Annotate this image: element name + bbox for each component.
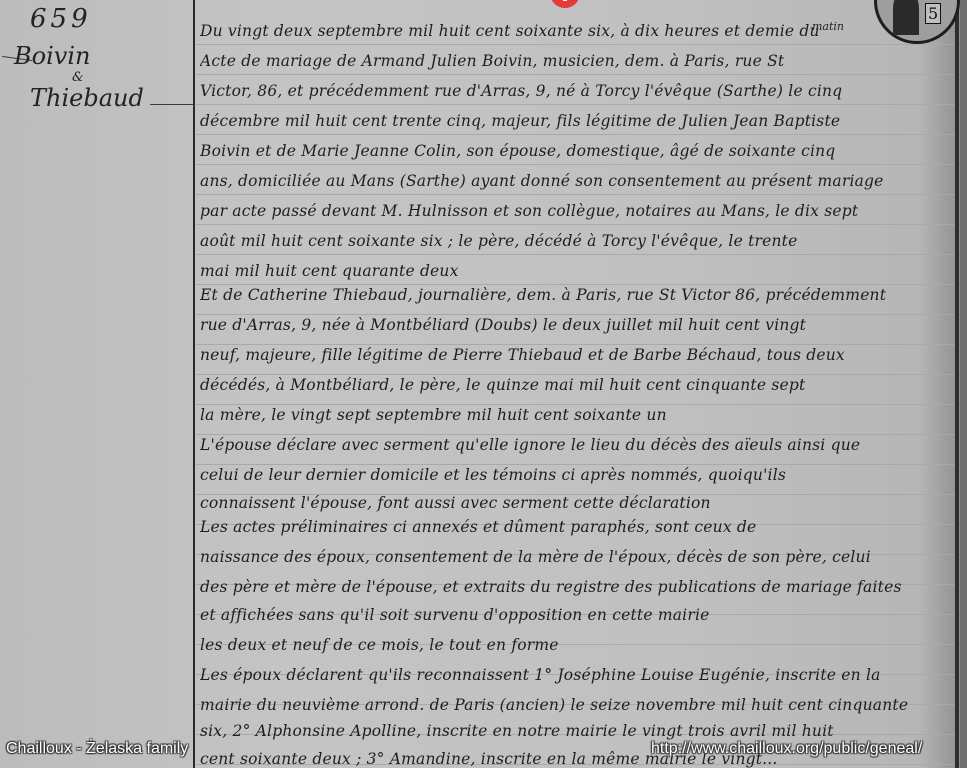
- text-line: Du vingt deux septembre mil huit cent so…: [200, 22, 820, 40]
- text-line: six, 2° Alphonsine Apolline, inscrite en…: [200, 722, 834, 740]
- text-line: août mil huit cent soixante six ; le pèr…: [200, 232, 797, 250]
- margin-rule: [193, 0, 195, 768]
- ruled-line: [196, 74, 954, 75]
- ruled-line: [196, 164, 954, 165]
- ruled-line: [196, 134, 954, 135]
- ruled-line: [196, 404, 954, 405]
- ruled-line: [196, 434, 954, 435]
- text-line: Les époux déclarent qu'ils reconnaissent…: [200, 666, 881, 684]
- stamp-figure-icon: [893, 0, 919, 35]
- ruled-line: [196, 344, 954, 345]
- ruled-line: [196, 194, 954, 195]
- bride-surname: Thiebaud: [30, 84, 144, 112]
- page-edge: [955, 0, 959, 768]
- text-line: Les actes préliminaires ci annexés et dû…: [200, 518, 756, 536]
- ruled-line: [196, 44, 954, 45]
- text-line: celui de leur dernier domicile et les té…: [200, 466, 786, 484]
- ruled-line: [196, 254, 954, 255]
- url-watermark: http://www.chailloux.org/public/geneal/: [651, 740, 922, 758]
- ruled-line: [196, 224, 954, 225]
- text-line: naissance des époux, consentement de la …: [200, 548, 871, 566]
- text-line: Victor, 86, et précédemment rue d'Arras,…: [200, 82, 842, 100]
- family-watermark: Chailloux - Żelaska family: [6, 740, 188, 758]
- text-line: connaissent l'épouse, font aussi avec se…: [200, 494, 711, 512]
- scanned-register-page: 659 Boivin & Thiebaud 5 matin Du vingt d…: [0, 0, 967, 768]
- text-line: des père et mère de l'épouse, et extrait…: [200, 578, 902, 596]
- margin-annotation: 659 Boivin & Thiebaud: [0, 0, 190, 130]
- text-line: les deux et neuf de ce mois, le tout en …: [200, 636, 559, 654]
- text-line: par acte passé devant M. Hulnisson et so…: [200, 202, 858, 220]
- conjunction: &: [72, 70, 84, 85]
- exclamation-icon: [563, 0, 567, 1]
- ruled-line: [196, 314, 954, 315]
- text-line: L'épouse déclare avec serment qu'elle ig…: [200, 436, 860, 454]
- page-binding-shadow: [960, 0, 967, 768]
- text-line: mairie du neuvième arrond. de Paris (anc…: [200, 696, 908, 714]
- ruled-line: [196, 464, 954, 465]
- flourish: [150, 104, 194, 105]
- text-line: Acte de mariage de Armand Julien Boivin,…: [200, 52, 784, 70]
- text-line: décédés, à Montbéliard, le père, le quin…: [200, 376, 805, 394]
- stamp-value: 5: [925, 3, 941, 24]
- groom-surname: Boivin: [14, 42, 90, 70]
- ruled-line: [196, 284, 954, 285]
- ruled-line: [196, 374, 954, 375]
- text-line: neuf, majeure, fille légitime de Pierre …: [200, 346, 845, 364]
- text-line: ans, domiciliée au Mans (Sarthe) ayant d…: [200, 172, 884, 190]
- text-line: Boivin et de Marie Jeanne Colin, son épo…: [200, 142, 835, 160]
- text-line: Et de Catherine Thiebaud, journalière, d…: [200, 286, 886, 304]
- text-line: mai mil huit cent quarante deux: [200, 262, 459, 280]
- tax-stamp: 5: [874, 0, 960, 44]
- text-line: rue d'Arras, 9, née à Montbéliard (Doubs…: [200, 316, 806, 334]
- text-line: et affichées sans qu'il soit survenu d'o…: [200, 606, 709, 624]
- entry-number: 659: [30, 4, 92, 34]
- ruled-line: [196, 104, 954, 105]
- alert-marker-icon: [550, 0, 580, 8]
- text-line: la mère, le vingt sept septembre mil hui…: [200, 406, 667, 424]
- text-line: décembre mil huit cent trente cinq, maje…: [200, 112, 840, 130]
